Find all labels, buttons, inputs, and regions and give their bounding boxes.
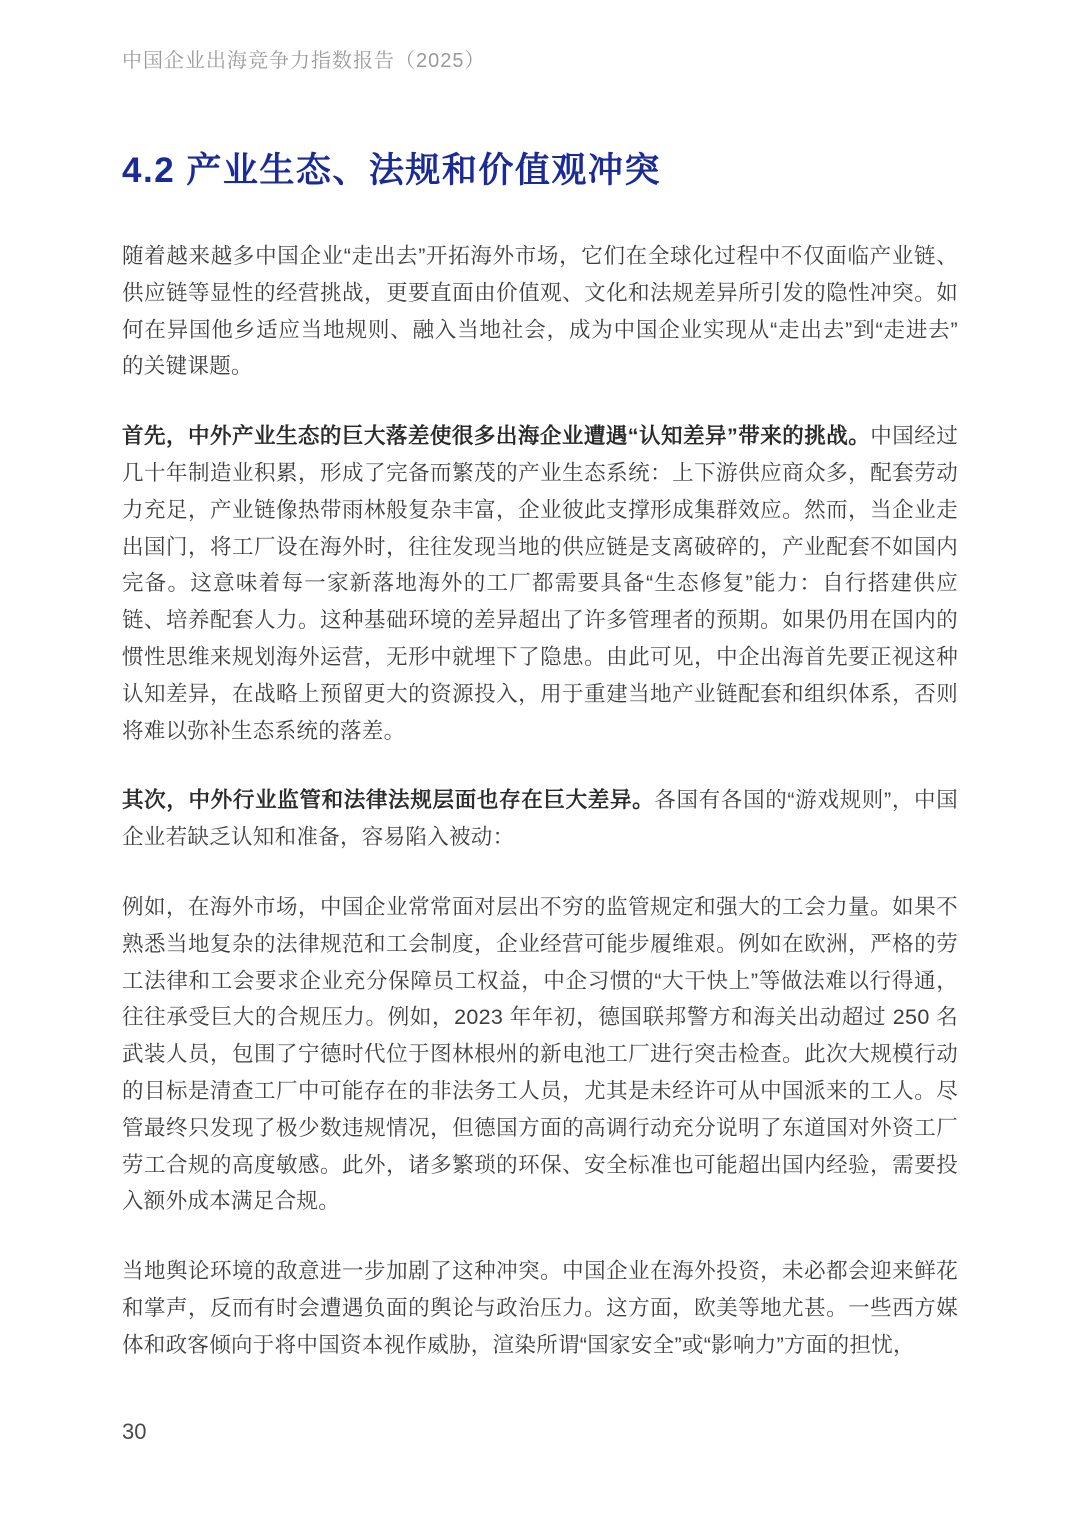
paragraph-regulation-difference: 其次，中外行业监管和法律法规层面也存在巨大差异。各国有各国的“游戏规则”，中国企… — [122, 782, 958, 856]
paragraph-text: 中国经过几十年制造业积累，形成了完备而繁茂的产业生态系统：上下游供应商众多，配套… — [122, 424, 958, 742]
paragraph-text: 随着越来越多中国企业“走出去”开拓海外市场，它们在全球化过程中不仅面临产业链、供… — [122, 244, 958, 378]
paragraph-intro: 随着越来越多中国企业“走出去”开拓海外市场，它们在全球化过程中不仅面临产业链、供… — [122, 238, 958, 385]
paragraph-compliance-example: 例如，在海外市场，中国企业常常面对层出不穷的监管规定和强大的工会力量。如果不熟悉… — [122, 889, 958, 1220]
page-content: 中国企业出海竞争力指数报告（2025） 4.2 产业生态、法规和价值观冲突 随着… — [0, 0, 1080, 1364]
body-paragraphs: 随着越来越多中国企业“走出去”开拓海外市场，它们在全球化过程中不仅面临产业链、供… — [122, 238, 958, 1364]
section-title: 4.2 产业生态、法规和价值观冲突 — [122, 150, 958, 192]
paragraph-text: 当地舆论环境的敌意进一步加剧了这种冲突。中国企业在海外投资，未必都会迎来鲜花和掌… — [122, 1259, 958, 1357]
paragraph-public-opinion: 当地舆论环境的敌意进一步加剧了这种冲突。中国企业在海外投资，未必都会迎来鲜花和掌… — [122, 1253, 958, 1363]
page-number: 30 — [122, 1418, 146, 1446]
paragraph-industry-ecosystem: 首先，中外产业生态的巨大落差使很多出海企业遭遇“认知差异”带来的挑战。中国经过几… — [122, 418, 958, 749]
paragraph-lead-bold: 其次，中外行业监管和法律法规层面也存在巨大差异。 — [122, 788, 654, 812]
paragraph-lead-bold: 首先，中外产业生态的巨大落差使很多出海企业遭遇“认知差异”带来的挑战。 — [122, 424, 870, 448]
paragraph-text: 例如，在海外市场，中国企业常常面对层出不穷的监管规定和强大的工会力量。如果不熟悉… — [122, 895, 958, 1213]
report-page: 中国企业出海竞争力指数报告（2025） 4.2 产业生态、法规和价值观冲突 随着… — [0, 0, 1080, 1527]
report-header: 中国企业出海竞争力指数报告（2025） — [122, 0, 958, 76]
